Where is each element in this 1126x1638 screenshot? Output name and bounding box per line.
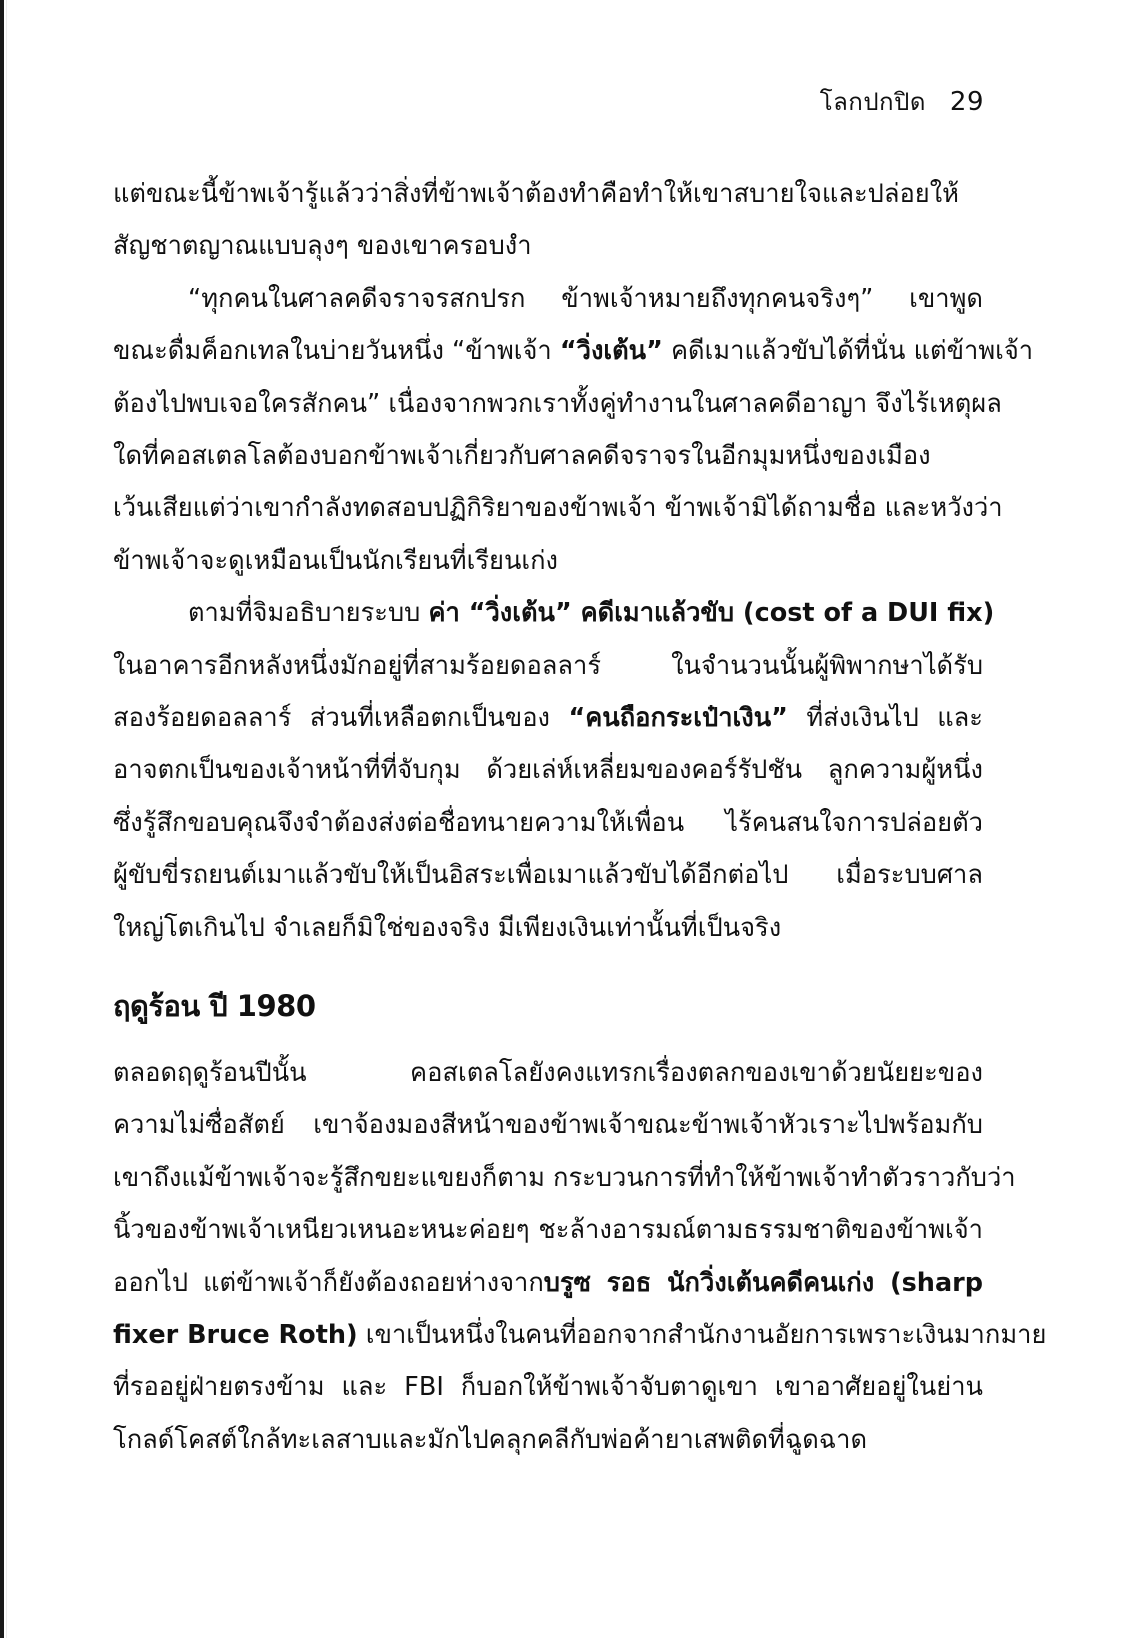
text-line: เว้นเสียแต่ว่าเขากำลังทดสอบปฏิกิริยาของข… xyxy=(113,482,983,534)
page-edge-line xyxy=(6,0,7,1638)
text-line: ข้าพเจ้าจะดูเหมือนเป็นนักเรียนที่เรียนเก… xyxy=(113,535,983,587)
section-body-text: ตลอดฤดูร้อนปีนั้น คอสเตลโลยังคงแทรกเรื่อ… xyxy=(113,1047,983,1466)
text-line: ใหญ่โตเกินไป จำเลยก็มิใช่ของจริง มีเพียง… xyxy=(113,902,983,954)
text-line: ในอาคารอีกหลังหนึ่งมักอยู่ที่สามร้อยดอลล… xyxy=(113,640,983,692)
text-line: สองร้อยดอลลาร์ ส่วนที่เหลือตกเป็นของ “คน… xyxy=(113,692,983,744)
emphasis-text: “คนถือกระเป๋าเงิน” xyxy=(568,703,787,733)
text-line: ขณะดื่มค็อกเทลในบ่ายวันหนึ่ง “ข้าพเจ้า “… xyxy=(113,325,983,377)
emphasis-text: fixer Bruce Roth) xyxy=(113,1320,358,1350)
text-line: “ทุกคนในศาลคดีจราจรสกปรก ข้าพเจ้าหมายถึง… xyxy=(113,273,983,325)
text-line: แต่ขณะนี้ข้าพเจ้ารู้แล้วว่าสิ่งที่ข้าพเจ… xyxy=(113,168,983,220)
running-header-title: โลกปกปิด xyxy=(820,82,926,121)
emphasis-text: บรูซ รอธ นักวิ่งเต้นคดีคนเก่ง (sharp xyxy=(544,1268,983,1298)
text-line: ตามที่จิมอธิบายระบบ ค่า “วิ่งเต้น” คดีเม… xyxy=(113,587,983,639)
page-number: 29 xyxy=(950,87,984,117)
text-line: อาจตกเป็นของเจ้าหน้าที่ที่จับกุม ด้วยเล่… xyxy=(113,744,983,796)
text-run: สองร้อยดอลลาร์ ส่วนที่เหลือตกเป็นของ xyxy=(113,703,568,733)
text-run: ที่ส่งเงินไป และ xyxy=(788,703,983,733)
text-line: เขาถึงแม้ข้าพเจ้าจะรู้สึกขยะแขยงก็ตาม กร… xyxy=(113,1152,983,1204)
text-run: เขาเป็นหนึ่งในคนที่ออกจากสำนักงานอัยการเ… xyxy=(358,1320,1047,1350)
body-text: แต่ขณะนี้ข้าพเจ้ารู้แล้วว่าสิ่งที่ข้าพเจ… xyxy=(113,168,983,954)
text-line: ใดที่คอสเตลโลต้องบอกข้าพเจ้าเกี่ยวกับศาล… xyxy=(113,430,983,482)
emphasis-text: ค่า “วิ่งเต้น” คดีเมาแล้วขับ (cost of a … xyxy=(428,598,994,628)
text-line: ความไม่ซื่อสัตย์ เขาจ้องมองสีหน้าของข้าพ… xyxy=(113,1099,983,1151)
text-line: fixer Bruce Roth) เขาเป็นหนึ่งในคนที่ออก… xyxy=(113,1309,983,1361)
text-run: ตามที่จิมอธิบายระบบ xyxy=(188,598,428,628)
text-run: ขณะดื่มค็อกเทลในบ่ายวันหนึ่ง “ข้าพเจ้า xyxy=(113,336,560,366)
emphasis-text: “วิ่งเต้น” xyxy=(560,336,663,366)
text-line: ผู้ขับขี่รถยนต์เมาแล้วขับให้เป็นอิสระเพื… xyxy=(113,849,983,901)
text-line: ออกไป แต่ข้าพเจ้าก็ยังต้องถอยห่างจากบรูซ… xyxy=(113,1257,983,1309)
text-run: คดีเมาแล้วขับได้ที่นั่น แต่ข้าพเจ้า xyxy=(663,336,1033,366)
text-line: ซึ่งรู้สึกขอบคุณจึงจำต้องส่งต่อชื่อทนายค… xyxy=(113,797,983,849)
text-line: โกลด์โคสต์ใกล้ทะเลสาบและมักไปคลุกคลีกับพ… xyxy=(113,1414,983,1466)
text-line: ตลอดฤดูร้อนปีนั้น คอสเตลโลยังคงแทรกเรื่อ… xyxy=(113,1047,983,1099)
text-line: สัญชาตญาณแบบลุงๆ ของเขาครอบงำ xyxy=(113,220,983,272)
text-line: ต้องไปพบเจอใครสักคน” เนื่องจากพวกเราทั้ง… xyxy=(113,378,983,430)
section-heading: ฤดูร้อน ปี 1980 xyxy=(113,983,316,1029)
page-edge-shadow xyxy=(0,0,4,1638)
text-run: ออกไป แต่ข้าพเจ้าก็ยังต้องถอยห่างจาก xyxy=(113,1268,544,1298)
running-header: โลกปกปิด 29 xyxy=(820,82,984,121)
text-line: นิ้วของข้าพเจ้าเหนียวเหนอะหนะค่อยๆ ชะล้า… xyxy=(113,1204,983,1256)
text-line: ที่รออยู่ฝ่ายตรงข้าม และ FBI ก็บอกให้ข้า… xyxy=(113,1361,983,1413)
